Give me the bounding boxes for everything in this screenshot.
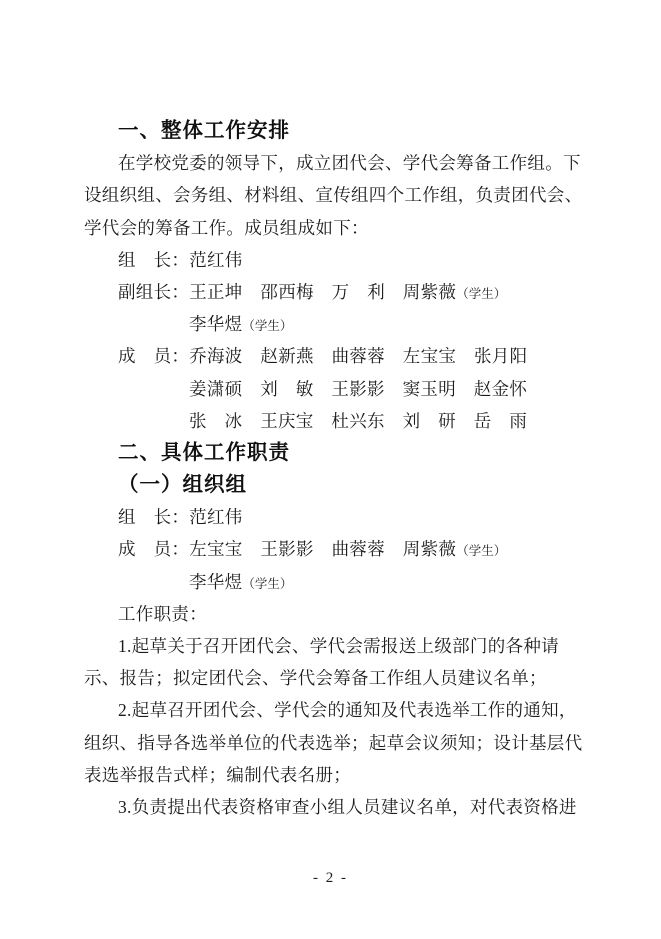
- subsection-org-heading: （一）组织组: [84, 469, 584, 501]
- members-line: 李华煜（学生）: [84, 566, 584, 598]
- duty-line: 表选举报告式样；编制代表名册；: [84, 759, 584, 791]
- paragraph-line: 在学校党委的领导下，成立团代会、学代会筹备工作组。下: [84, 147, 584, 179]
- student-note: （学生）: [456, 544, 506, 558]
- role-label: 副组长：: [118, 282, 189, 302]
- section-2-heading: 二、具体工作职责: [84, 437, 584, 469]
- members-line: 张 冰 王庆宝 杜兴东 刘 研 岳 雨: [84, 405, 584, 437]
- members-line: 姜潇硕 刘 敏 王影影 窦玉明 赵金怀: [84, 373, 584, 405]
- duty-line: 组织、指导各选举单位的代表选举；起草会议须知；设计基层代: [84, 727, 584, 759]
- members-line: 成 员：乔海波 赵新燕 曲蓉蓉 左宝宝 张月阳: [84, 340, 584, 372]
- role-label: 组 长：: [118, 507, 189, 527]
- leader-name: 范红伟: [189, 250, 242, 270]
- student-note: （学生）: [242, 319, 292, 333]
- members-line: 成 员：左宝宝 王影影 曲蓉蓉 周紫薇（学生）: [84, 533, 584, 565]
- student-note: （学生）: [242, 577, 292, 591]
- deputy-names: 王正坤 邵西梅 万 利 周紫薇: [189, 282, 456, 302]
- member-names: 乔海波 赵新燕 曲蓉蓉 左宝宝 张月阳: [189, 346, 527, 366]
- paragraph-line: 设组织组、会务组、材料组、宣传组四个工作组，负责团代会、: [84, 179, 584, 211]
- duties-title: 工作职责：: [84, 598, 584, 630]
- deputy-leaders-line: 副组长：王正坤 邵西梅 万 利 周紫薇（学生）: [84, 276, 584, 308]
- role-label: 组 长：: [118, 250, 189, 270]
- deputy-names: 李华煜: [189, 314, 242, 334]
- deputy-leaders-line: 李华煜（学生）: [84, 308, 584, 340]
- leader-name: 范红伟: [189, 507, 242, 527]
- member-names: 左宝宝 王影影 曲蓉蓉 周紫薇: [189, 539, 456, 559]
- role-label: 成 员：: [118, 539, 189, 559]
- paragraph-line: 学代会的筹备工作。成员组成如下：: [84, 212, 584, 244]
- duty-line: 3.负责提出代表资格审查小组人员建议名单，对代表资格进: [84, 791, 584, 823]
- group-leader-line: 组 长：范红伟: [84, 501, 584, 533]
- duty-line: 2.起草召开团代会、学代会的通知及代表选举工作的通知，: [84, 694, 584, 726]
- group-leader-line: 组 长：范红伟: [84, 244, 584, 276]
- duty-line: 1.起草关于召开团代会、学代会需报送上级部门的各种请: [84, 630, 584, 662]
- member-names: 姜潇硕 刘 敏 王影影 窦玉明 赵金怀: [189, 379, 527, 399]
- document-body: 一、整体工作安排 在学校党委的领导下，成立团代会、学代会筹备工作组。下 设组织组…: [84, 115, 584, 823]
- duty-line: 示、报告；拟定团代会、学代会筹备工作组人员建议名单；: [84, 662, 584, 694]
- role-label: 成 员：: [118, 346, 189, 366]
- page-number: - 2 -: [0, 870, 661, 887]
- document-page: 一、整体工作安排 在学校党委的领导下，成立团代会、学代会筹备工作组。下 设组织组…: [0, 0, 661, 939]
- section-1-heading: 一、整体工作安排: [84, 115, 584, 147]
- member-names: 张 冰 王庆宝 杜兴东 刘 研 岳 雨: [189, 411, 527, 431]
- student-note: （学生）: [456, 287, 506, 301]
- member-names: 李华煜: [189, 572, 242, 592]
